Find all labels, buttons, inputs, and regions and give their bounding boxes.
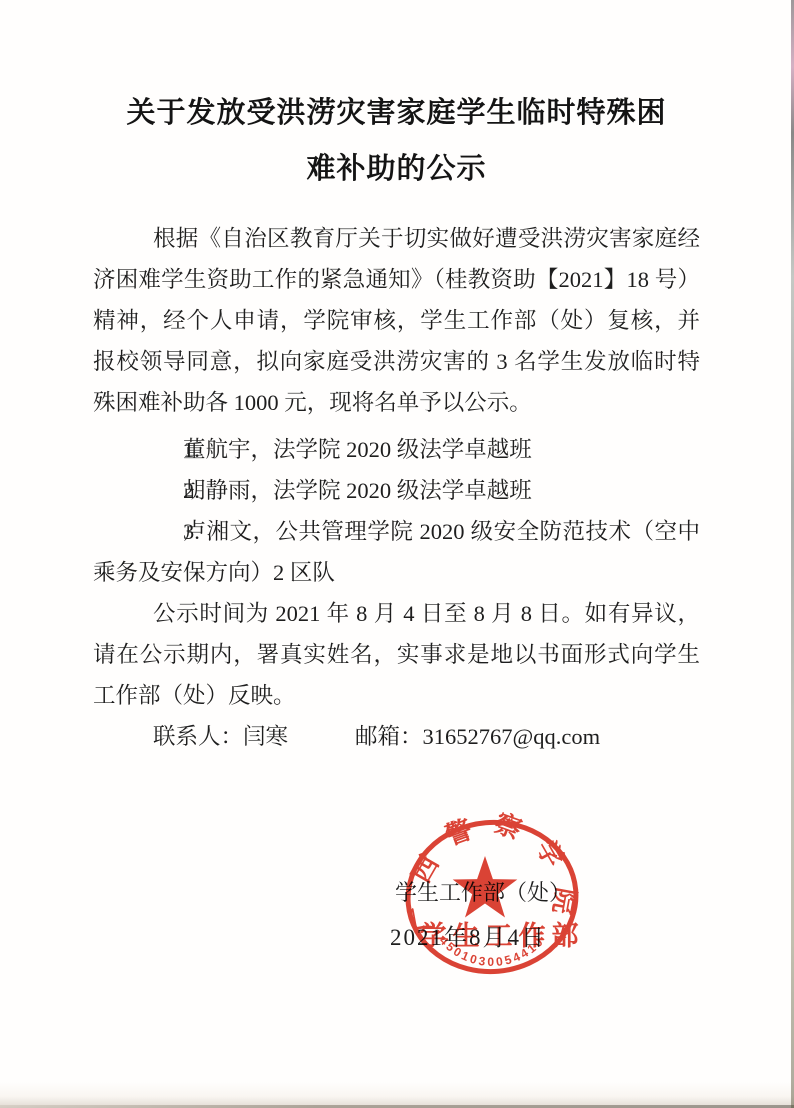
official-seal: 广西警察学院 学生工作部 4501030054410 <box>397 802 587 992</box>
list-item-text: 董航宇，法学院 2020 级法学卓越班 <box>183 437 532 462</box>
seal-institution-name: 广西警察学院 <box>402 808 581 935</box>
title-line-2: 难补助的公示 <box>93 141 700 197</box>
paragraph-notice-period: 公示时间为 2021 年 8 月 4 日至 8 月 8 日。如有异议，请在公示期… <box>93 593 700 716</box>
contact-email: 邮箱：31652767@qq.com <box>355 724 600 749</box>
page-title: 关于发放受洪涝灾害家庭学生临时特殊困 难补助的公示 <box>93 85 700 197</box>
seal-star-icon <box>453 856 518 918</box>
list-item-text: 胡静雨，法学院 2020 级法学卓越班 <box>183 478 532 503</box>
scan-shadow-bottom <box>0 1082 794 1108</box>
contact-line: 联系人：闫寒邮箱：31652767@qq.com <box>93 716 700 757</box>
list-item: 2.胡静雨，法学院 2020 级法学卓越班 <box>93 470 700 511</box>
list-item-number: 2. <box>138 470 183 511</box>
student-list: 1.董航宇，法学院 2020 级法学卓越班 2.胡静雨，法学院 2020 级法学… <box>93 429 700 593</box>
title-line-1: 关于发放受洪涝灾害家庭学生临时特殊困 <box>93 85 700 141</box>
list-item-number: 3. <box>138 511 183 552</box>
paragraph-intro: 根据《自治区教育厅关于切实做好遭受洪涝灾害家庭经济困难学生资助工作的紧急通知》（… <box>93 218 700 423</box>
list-item: 3.卢湘文，公共管理学院 2020 级安全防范技术（空中乘务及安保方向）2 区队 <box>93 511 700 593</box>
list-item: 1.董航宇，法学院 2020 级法学卓越班 <box>93 429 700 470</box>
list-item-number: 1. <box>138 429 183 470</box>
contact-person: 联系人：闫寒 <box>153 724 288 749</box>
document-content: 关于发放受洪涝灾害家庭学生临时特殊困 难补助的公示 根据《自治区教育厅关于切实做… <box>0 0 794 757</box>
document-page: 关于发放受洪涝灾害家庭学生临时特殊困 难补助的公示 根据《自治区教育厅关于切实做… <box>0 0 794 1108</box>
list-item-text: 卢湘文，公共管理学院 2020 级安全防范技术（空中乘务及安保方向）2 区队 <box>93 519 700 585</box>
